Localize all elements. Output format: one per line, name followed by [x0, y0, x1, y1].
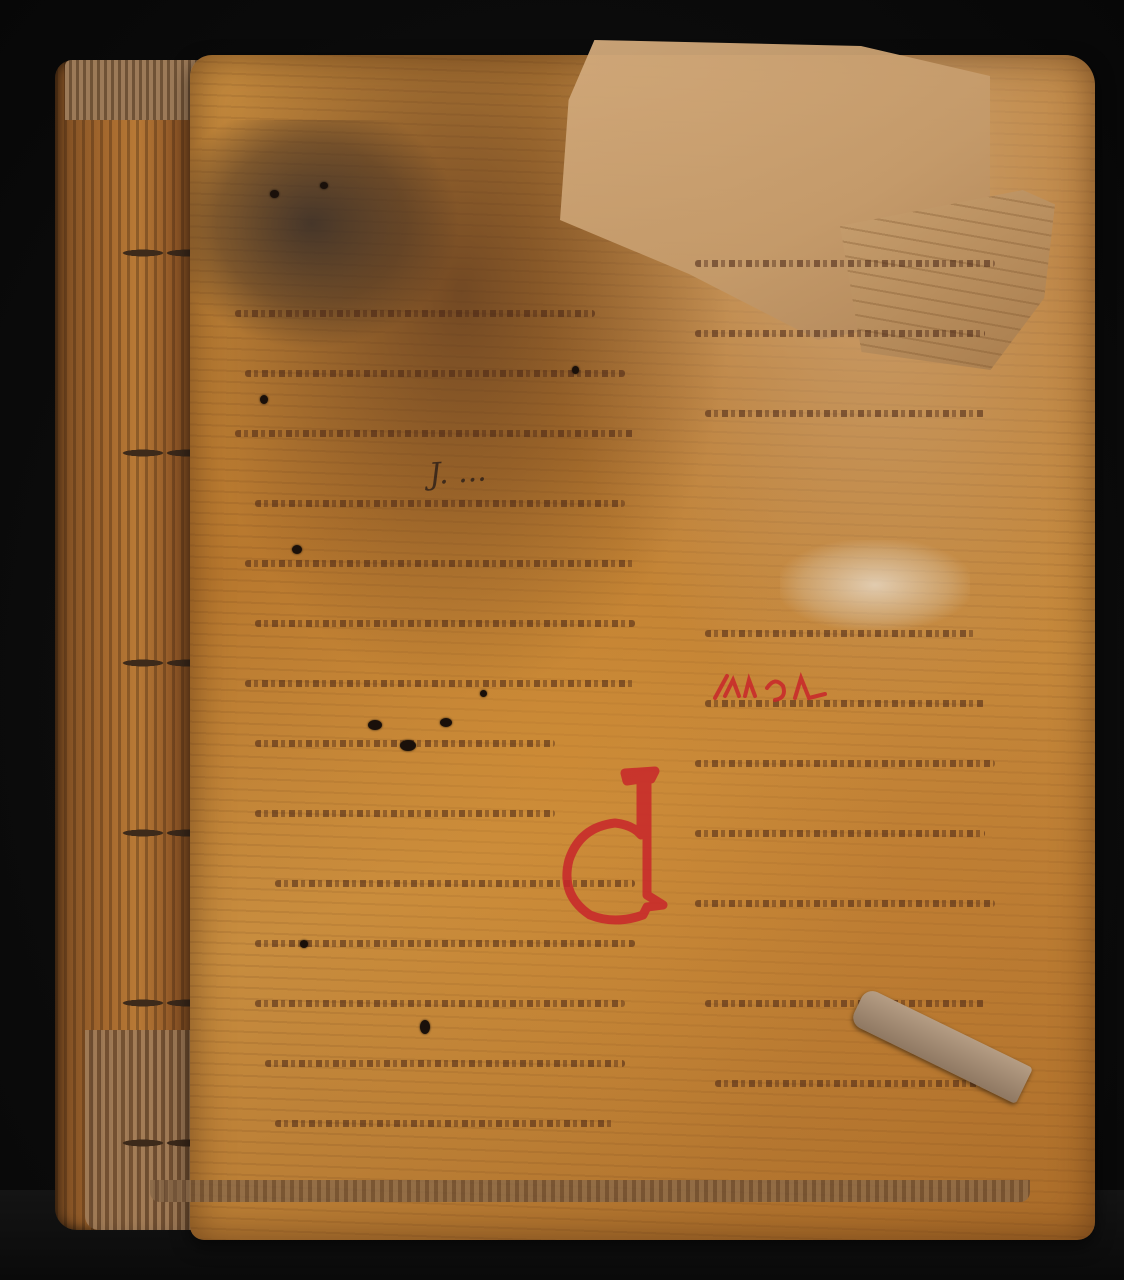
text-line: [695, 330, 985, 337]
text-line: [255, 940, 635, 947]
text-line: [265, 1060, 625, 1067]
text-block-top-edge: [65, 60, 205, 120]
text-line: [245, 560, 635, 567]
text-line: [235, 430, 635, 437]
worm-hole: [260, 395, 268, 404]
worm-hole: [420, 1020, 430, 1034]
worm-hole: [400, 740, 416, 751]
photograph-scene: J. ...: [0, 0, 1124, 1280]
red-rubricated-initial: [555, 765, 675, 925]
worm-hole: [480, 690, 487, 697]
text-line: [715, 1080, 985, 1087]
text-line: [255, 620, 635, 627]
text-line: [705, 1000, 985, 1007]
text-line: [245, 370, 625, 377]
text-line: [695, 260, 995, 267]
worm-hole: [572, 366, 579, 374]
text-line: [255, 810, 555, 817]
worm-hole: [292, 545, 302, 554]
text-line: [255, 1000, 625, 1007]
text-line: [705, 410, 985, 417]
worm-hole: [440, 718, 452, 727]
text-line: [695, 830, 985, 837]
cover-bottom-edge: [150, 1180, 1030, 1202]
book-spine: [55, 60, 205, 1230]
text-line: [235, 310, 595, 317]
handwritten-inscription: J. ...: [428, 443, 642, 527]
text-line: [695, 900, 995, 907]
text-line: [275, 1120, 615, 1127]
red-rubric-text: [705, 668, 845, 708]
text-line: [695, 760, 995, 767]
text-line: [245, 680, 635, 687]
worm-hole: [300, 940, 308, 948]
worm-hole: [270, 190, 279, 198]
worm-hole: [368, 720, 382, 730]
text-line: [705, 630, 975, 637]
worm-hole: [320, 182, 328, 189]
